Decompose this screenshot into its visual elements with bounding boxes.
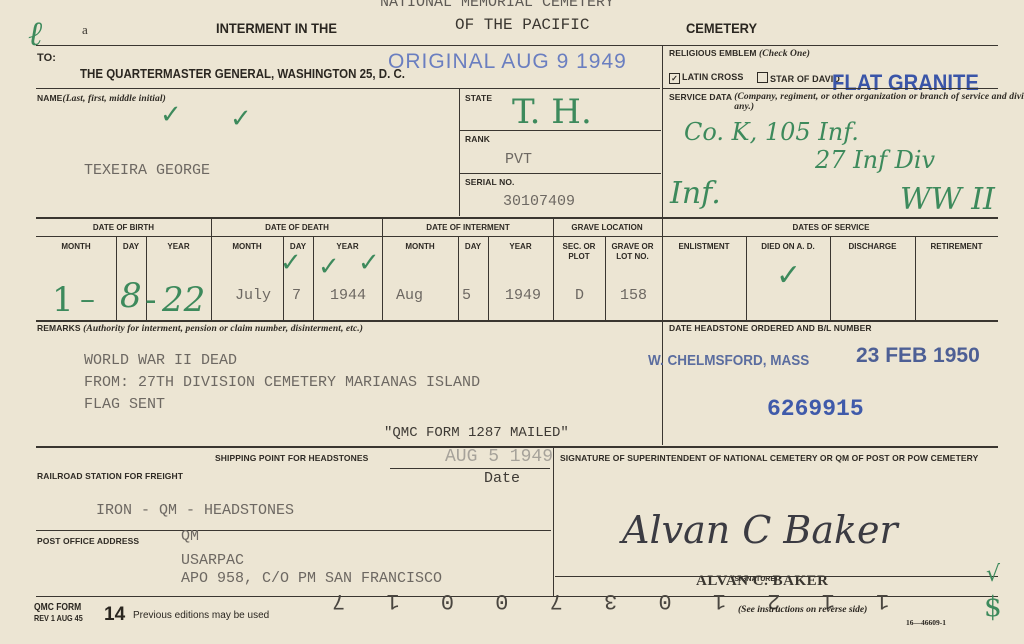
interment-day-value: 5 — [462, 287, 471, 304]
birth-year-header: YEAR — [146, 242, 211, 252]
religious-emblem-label: RELIGIOUS EMBLEM (Check One) — [669, 48, 810, 59]
post-office-label: POST OFFICE ADDRESS — [37, 536, 139, 546]
shipping-point-label: SHIPPING POINT FOR HEADSTONES — [215, 453, 368, 463]
birth-month-header: MONTH — [36, 242, 116, 252]
handwritten-mark: $ — [984, 590, 1002, 623]
form-number: 14 — [104, 604, 125, 626]
birth-day-header: DAY — [116, 242, 146, 252]
form-letter: a — [82, 22, 88, 38]
date-of-birth-label: DATE OF BIRTH — [36, 223, 211, 233]
previous-editions-note: Previous editions may be used — [133, 610, 269, 621]
checkmark-icon: ✓ — [160, 100, 182, 130]
service-data-line3: Inf. — [670, 176, 721, 211]
serial-value: 30107409 — [503, 193, 575, 210]
post-office-line-3: APO 958, C/O PM SAN FRANCISCO — [181, 570, 442, 587]
remarks-mailed-note: "QMC FORM 1287 MAILED" — [384, 425, 569, 441]
shipping-date-label: Date — [484, 470, 520, 487]
interment-month-value: Aug — [396, 287, 423, 304]
interment-year-header: YEAR — [488, 242, 553, 252]
service-data-line1: Co. K, 105 Inf. — [684, 118, 859, 146]
remarks-label: REMARKS (Authority for interment, pensio… — [37, 323, 363, 334]
post-office-line-1: QM — [181, 528, 199, 545]
print-code: 16—46609-1 — [906, 618, 946, 627]
checkmark-icon: √ — [986, 562, 1000, 587]
state-label: STATE — [465, 93, 492, 103]
remarks-line-2: FROM: 27TH DIVISION CEMETERY MARIANAS IS… — [84, 374, 480, 391]
retirement-header: RETIREMENT — [915, 242, 998, 252]
enlistment-header: ENLISTMENT — [662, 242, 746, 252]
checkmark-icon: ✓ — [230, 104, 252, 134]
name-label: NAME(Last, first, middle initial) — [37, 93, 166, 104]
grave-lot-value: 158 — [620, 287, 647, 304]
serial-label: SERIAL NO. — [465, 177, 515, 187]
form-id: QMC FORMREV 1 AUG 45 — [34, 603, 83, 623]
signature-label: SIGNATURE OF SUPERINTENDENT OF NATIONAL … — [560, 453, 980, 463]
name-value: TEXEIRA GEORGE — [84, 162, 210, 179]
to-address: THE QUARTERMASTER GENERAL, WASHINGTON 25… — [80, 67, 405, 81]
remarks-line-1: WORLD WAR II DEAD — [84, 352, 237, 369]
service-data-line4: WW II — [900, 182, 995, 217]
rank-label: RANK — [465, 134, 490, 144]
state-value: T. H. — [512, 92, 592, 132]
dates-of-service-label: DATES OF SERVICE — [664, 223, 998, 233]
title-left: INTERMENT IN THE — [216, 20, 337, 36]
handwritten-mark: ℓ — [28, 14, 42, 54]
grave-sec-value: D — [575, 287, 584, 304]
date-of-death-label: DATE OF DEATH — [212, 223, 382, 233]
checkmark-icon: ✓ — [318, 252, 340, 282]
bl-number-stamp: 6269915 — [767, 396, 864, 422]
headstone-ordered-label: DATE HEADSTONE ORDERED AND B/L NUMBER — [669, 323, 872, 333]
death-year-value: 1944 — [330, 287, 366, 304]
interment-month-header: MONTH — [382, 242, 458, 252]
checkmark-icon: ✓ — [280, 248, 302, 278]
railroad-station-value: IRON - QM - HEADSTONES — [96, 502, 294, 519]
death-day-value: 7 — [292, 287, 301, 304]
checkmark-icon: ✓ — [358, 248, 380, 278]
death-month-header: MONTH — [211, 242, 283, 252]
birth-day-value: 8 — [120, 276, 142, 316]
title-typed-line2: OF THE PACIFIC — [455, 16, 589, 34]
birth-dash: – — [80, 282, 95, 317]
interment-year-value: 1949 — [505, 287, 541, 304]
remarks-line-3: FLAG SENT — [84, 396, 165, 413]
headstone-ordered-date-stamp: 23 FEB 1950 — [856, 344, 980, 368]
lot-no-header: GRAVE OR LOT NO. — [605, 242, 660, 262]
discharge-header: DISCHARGE — [830, 242, 915, 252]
grave-location-label: GRAVE LOCATION — [554, 223, 660, 233]
instructions-note: (See instructions on reverse side) — [738, 605, 867, 615]
to-label: TO: — [37, 52, 56, 64]
rank-value: PVT — [505, 151, 532, 168]
star-of-david-checkbox[interactable] — [757, 72, 768, 83]
died-on-ad-checkmark-icon: ✓ — [776, 258, 801, 293]
sec-plot-header: SEC. OR PLOT — [553, 242, 605, 262]
birth-year-value: 22 — [162, 280, 205, 320]
date-of-interment-label: DATE OF INTERMENT — [383, 223, 553, 233]
birth-month-value: 1 — [52, 280, 74, 320]
birth-dash: - — [145, 280, 157, 320]
post-office-line-2: USARPAC — [181, 552, 244, 569]
death-month-value: July — [235, 287, 271, 304]
died-on-ad-header: DIED ON A. D. — [746, 242, 830, 252]
shipping-date-stamp: AUG 5 1949 — [445, 447, 553, 467]
railroad-station-label: RAILROAD STATION FOR FREIGHT — [37, 471, 183, 481]
emblem-option-latin-cross[interactable]: ✓LATIN CROSS — [669, 72, 743, 84]
service-data-line2: 27 Inf Div — [815, 146, 935, 174]
service-data-label: SERVICE DATA (Company, regiment, or othe… — [669, 92, 1024, 112]
headstone-ordered-place-stamp: W. CHELMSFORD, MASS — [648, 352, 809, 369]
interment-day-header: DAY — [458, 242, 488, 252]
superintendent-signature: Alvan C Baker — [622, 508, 898, 552]
emblem-option-star-of-david[interactable]: STAR OF DAVID — [757, 72, 840, 84]
title-typed-line1: NATIONAL MEMORIAL CEMETERY — [380, 0, 614, 11]
title-right: CEMETERY — [686, 20, 757, 36]
original-received-stamp: ORIGINAL AUG 9 1949 — [388, 50, 627, 74]
latin-cross-checkbox[interactable]: ✓ — [669, 73, 680, 84]
